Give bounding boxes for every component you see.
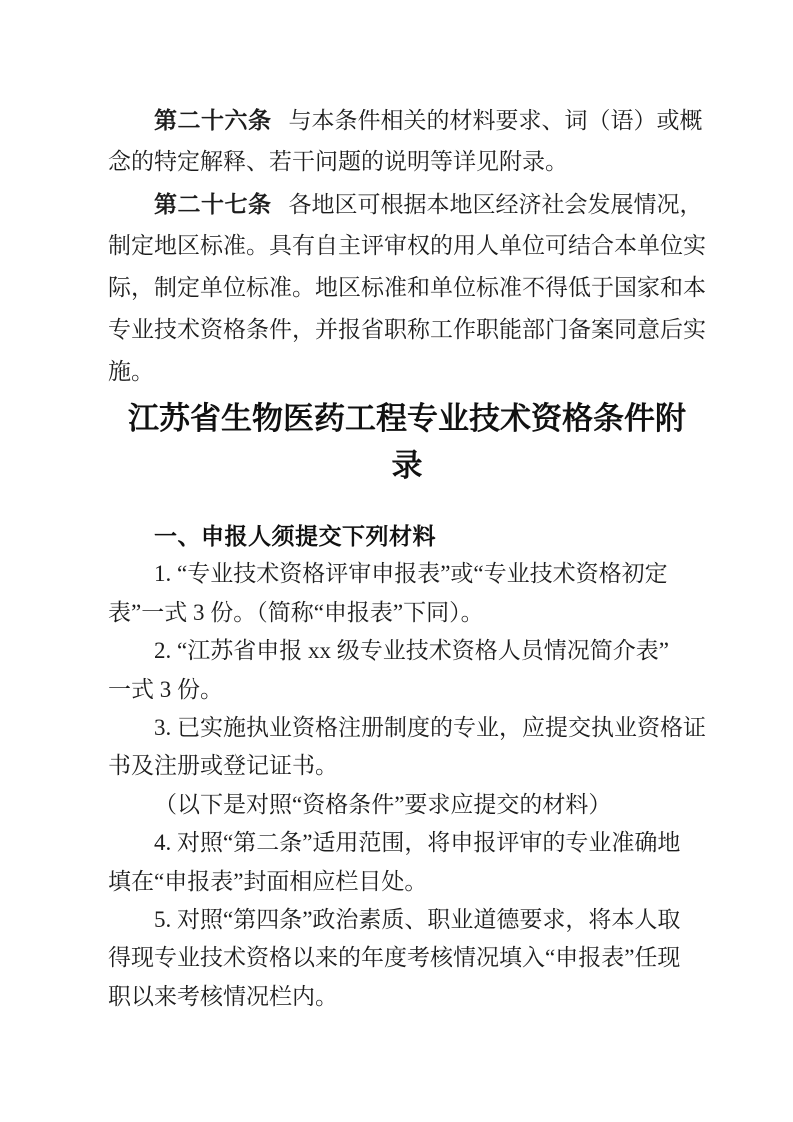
article-text: 与本条件相关的材料要求、词（语）或概 [289, 108, 703, 133]
materials-line: （以下是对照“资格条件”要求应提交的材料） [108, 786, 748, 824]
appendix-title: 江苏省生物医药工程专业技术资格条件附录 [108, 395, 706, 489]
materials-line: 一式 3 份。 [108, 671, 748, 709]
materials-line: 1. “专业技术资格评审申报表”或“专业技术资格初定 [108, 555, 748, 593]
materials-line: 得现专业技术资格以来的年度考核情况填入“申报表”任现 [108, 939, 748, 977]
article-text: 各地区可根据本地区经济社会发展情况， [289, 192, 703, 217]
article-label: 第二十六条 [154, 107, 272, 133]
article-first-line: 第二十六条与本条件相关的材料要求、词（语）或概 [108, 99, 748, 141]
materials-line: 3. 已实施执业资格注册制度的专业，应提交执业资格证 [108, 709, 748, 747]
materials-line: 书及注册或登记证书。 [108, 747, 748, 785]
article-line: 施。 [108, 351, 748, 393]
section-heading: 一、申报人须提交下列材料 [108, 517, 748, 555]
materials-line: 4. 对照“第二条”适用范围，将申报评审的专业准确地 [108, 824, 748, 862]
article-first-line: 第二十七条各地区可根据本地区经济社会发展情况， [108, 183, 748, 225]
materials-section: 一、申报人须提交下列材料1. “专业技术资格评审申报表”或“专业技术资格初定表”… [108, 517, 748, 1016]
article-line: 制定地区标准。具有自主评审权的用人单位可结合本单位实 [108, 225, 748, 267]
article-line: 际，制定单位标准。地区标准和单位标准不得低于国家和本 [108, 267, 748, 309]
appendix-title-line: 江苏省生物医药工程专业技术资格条件附 [108, 395, 706, 442]
articles-section: 第二十六条与本条件相关的材料要求、词（语）或概念的特定解释、若干问题的说明等详见… [108, 99, 748, 393]
article-line: 念的特定解释、若干问题的说明等详见附录。 [108, 141, 748, 183]
document-page: 第二十六条与本条件相关的材料要求、词（语）或概念的特定解释、若干问题的说明等详见… [0, 0, 793, 1122]
materials-line: 表”一式 3 份。（简称“申报表”下同）。 [108, 594, 748, 632]
materials-line: 填在“申报表”封面相应栏目处。 [108, 863, 748, 901]
appendix-title-line: 录 [108, 442, 706, 489]
materials-line: 5. 对照“第四条”政治素质、职业道德要求，将本人取 [108, 901, 748, 939]
materials-line: 职以来考核情况栏内。 [108, 978, 748, 1016]
materials-line: 2. “江苏省申报 xx 级专业技术资格人员情况简介表” [108, 632, 748, 670]
article-label: 第二十七条 [154, 191, 272, 217]
article-line: 专业技术资格条件，并报省职称工作职能部门备案同意后实 [108, 309, 748, 351]
